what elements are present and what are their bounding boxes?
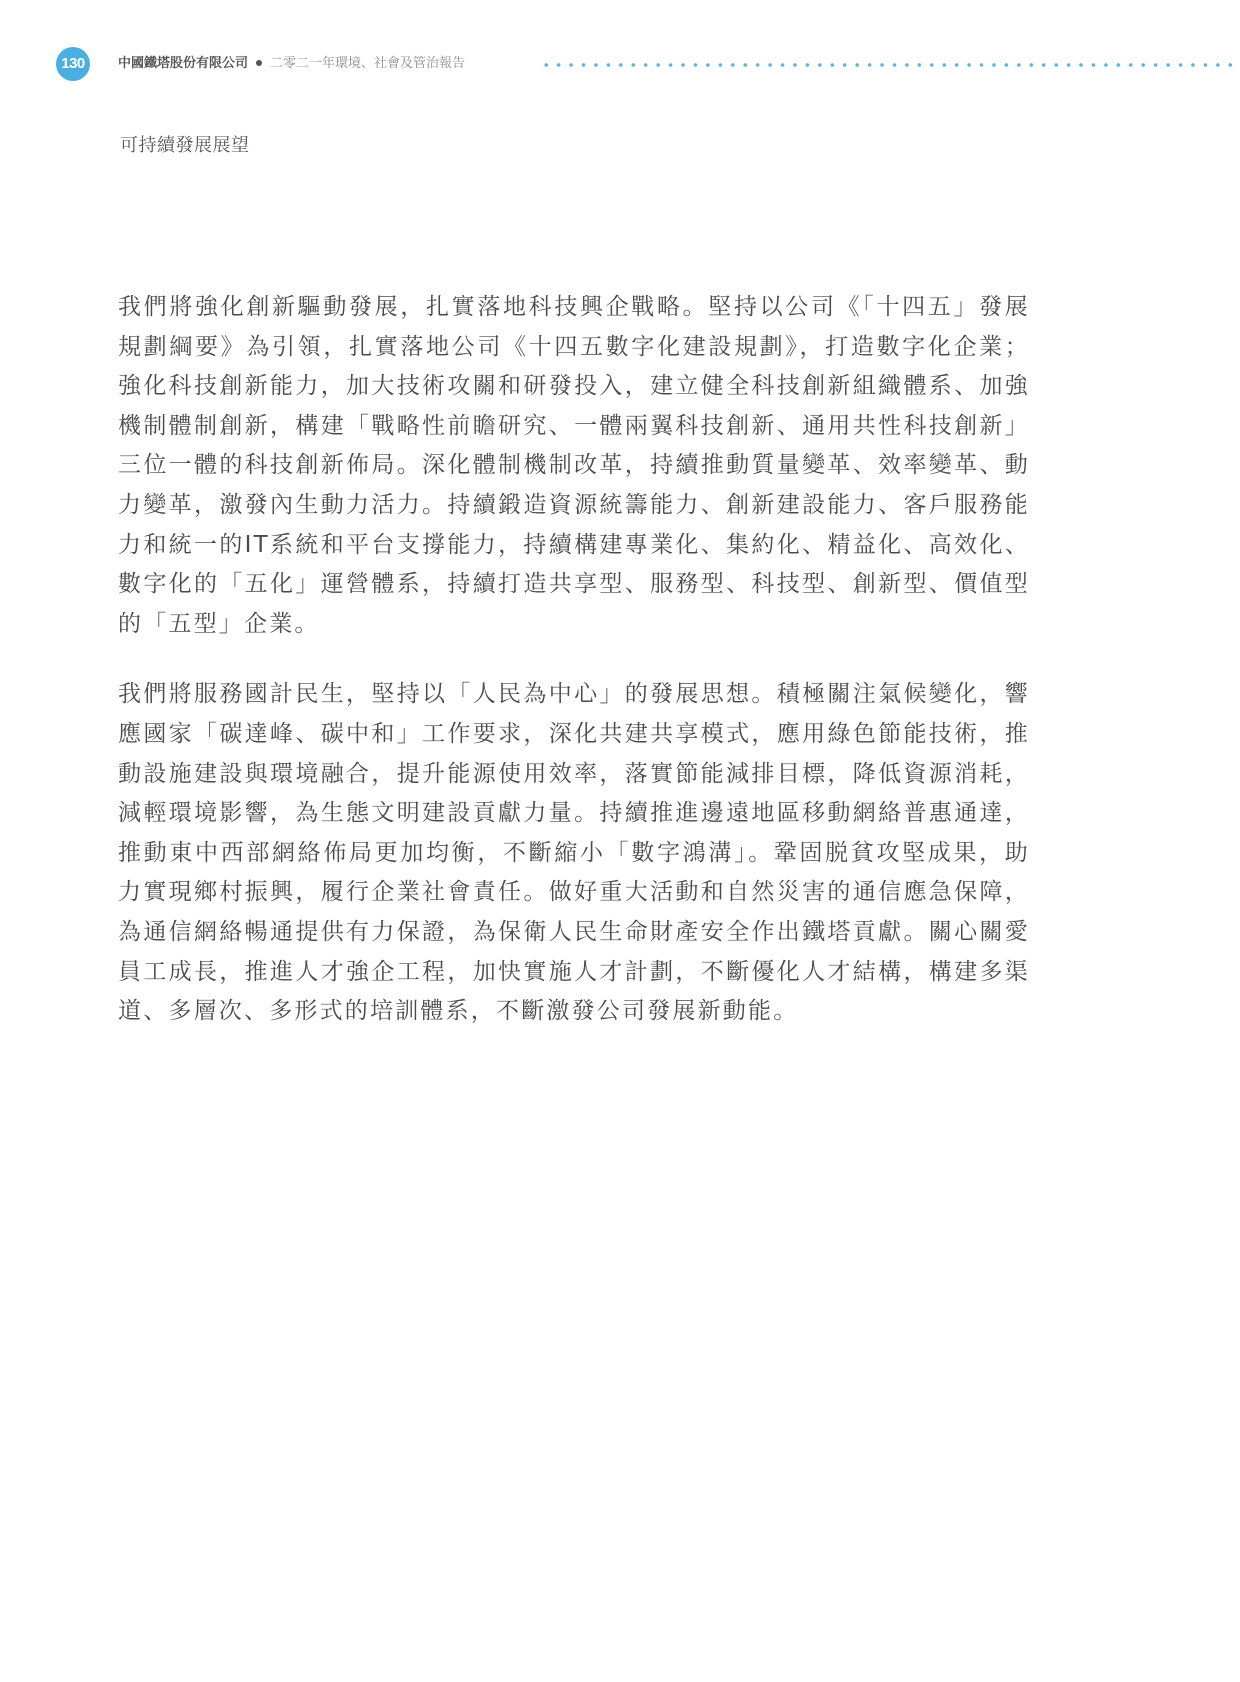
page-number-badge: 130 xyxy=(56,47,90,81)
paragraph-livelihood: 我們將服務國計民生，堅持以「人民為中心」的發展思想。積極關注氣候變化，響應國家「… xyxy=(118,675,1030,1031)
page-header: 130 中國鐵塔股份有限公司二零二一年環境、社會及管治報告 xyxy=(0,0,1240,100)
company-name: 中國鐵塔股份有限公司 xyxy=(118,56,248,71)
running-header: 中國鐵塔股份有限公司二零二一年環境、社會及管治報告 xyxy=(118,55,465,73)
paragraph-innovation: 我們將強化創新驅動發展，扎實落地科技興企戰略。堅持以公司《「十四五」發展規劃綱要… xyxy=(118,288,1030,644)
bullet-separator-icon xyxy=(256,60,262,66)
section-title: 可持續發展展望 xyxy=(120,134,250,158)
report-title: 二零二一年環境、社會及管治報告 xyxy=(270,56,465,71)
body-text: 我們將強化創新驅動發展，扎實落地科技興企戰略。堅持以公司《「十四五」發展規劃綱要… xyxy=(118,288,1030,1063)
dotted-rule-divider xyxy=(540,63,1240,67)
